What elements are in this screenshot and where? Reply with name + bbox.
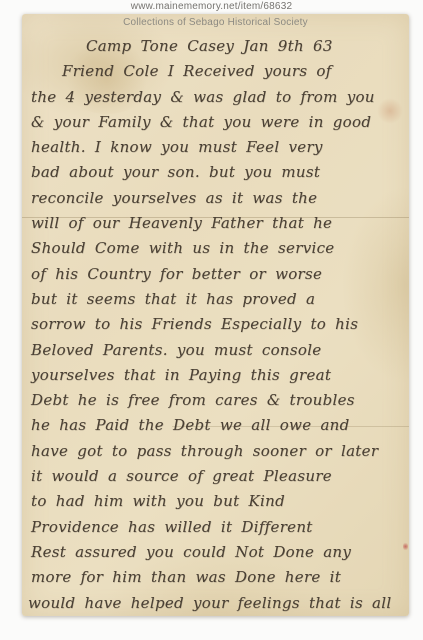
letter-line: health. I know you must Feel very	[22, 135, 409, 160]
letter-line: Should Come with us in the service	[22, 236, 409, 261]
letter-line: Friend Cole I Received yours of	[22, 59, 409, 84]
letter-line: Camp Tone Casey Jan 9th 63	[22, 34, 409, 59]
letter-line: Rest assured you could Not Done any	[22, 540, 409, 565]
letter-line: Beloved Parents. you must console	[22, 338, 409, 363]
letter-line: he has Paid the Debt we all owe and	[22, 413, 409, 438]
letter-line: have got to pass through sooner or later	[22, 439, 409, 464]
letter-line: to had him with you but Kind	[22, 489, 409, 514]
letter-line: would have helped your feelings that is …	[22, 591, 409, 616]
page: { "header": { "url_caption": "www.mainem…	[0, 0, 423, 640]
letter-line: Debt he is free from cares & troubles	[22, 388, 409, 413]
letter-line: yourselves that in Paying this great	[22, 363, 409, 388]
collection-caption: Collections of Sebago Historical Society	[22, 17, 409, 28]
source-url-caption: www.mainememory.net/item/68632	[0, 1, 423, 12]
letter-line: but it seems that it has proved a	[22, 287, 409, 312]
letter-line: reconcile yourselves as it was the	[22, 186, 409, 211]
letter-line: will of our Heavenly Father that he	[22, 211, 409, 236]
letter-line: it would a source of great Pleasure	[22, 464, 409, 489]
letter-line: more for him than was Done here it	[22, 565, 409, 590]
letter-body: Camp Tone Casey Jan 9th 63Friend Cole I …	[22, 34, 409, 616]
letter-line: Providence has willed it Different	[22, 515, 409, 540]
letter-line: the 4 yesterday & was glad to from you	[22, 85, 409, 110]
letter-line: of his Country for better or worse	[22, 262, 409, 287]
letter-line: sorrow to his Friends Especially to his	[22, 312, 409, 337]
letter-paper: Collections of Sebago Historical Society…	[22, 14, 409, 616]
letter-line: bad about your son. but you must	[22, 160, 409, 185]
letter-line: & your Family & that you were in good	[22, 110, 409, 135]
